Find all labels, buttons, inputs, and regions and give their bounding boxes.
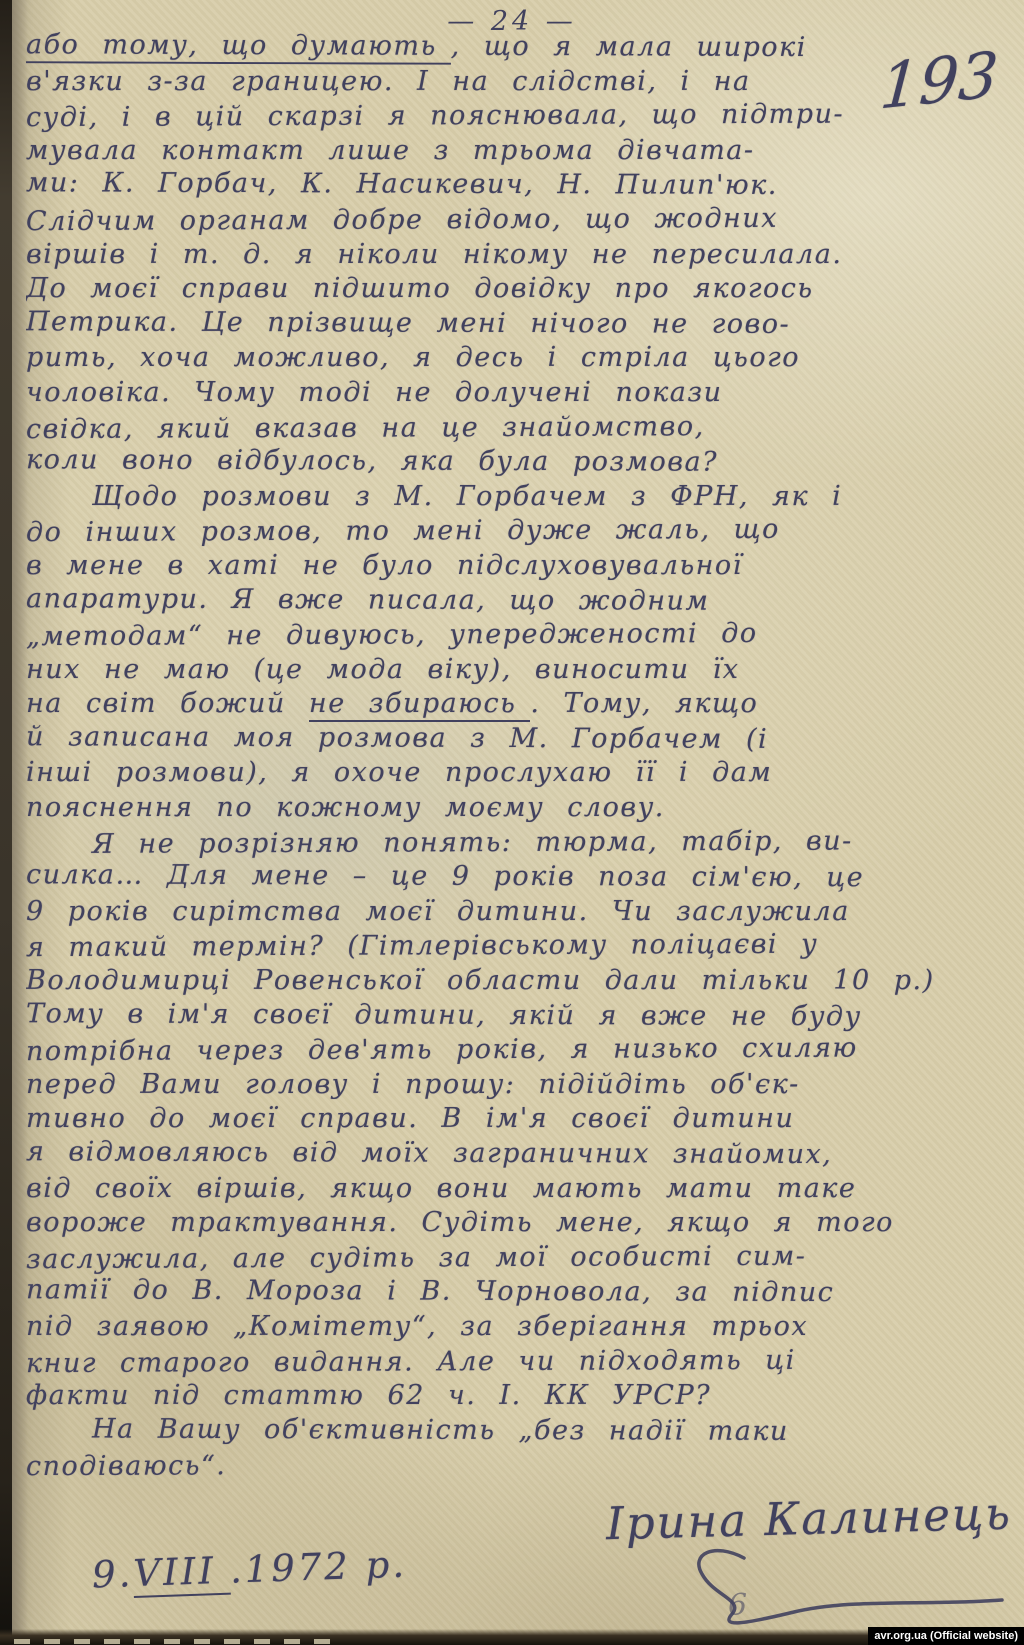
text-segment: На Вашу об'єктивність „без надії таки (92, 1413, 789, 1446)
manuscript-line: книг старого видання. Але чи підходять ц… (26, 1342, 1004, 1381)
text-segment: , що я мала широкі (451, 31, 807, 63)
manuscript-body: або тому, що думають, що я мала широків'… (26, 30, 1004, 1483)
text-segment: патії до В. Мороза і В. Чорновола, за пі… (26, 1275, 834, 1309)
manuscript-line: Тому в ім'я своєї дитини, якій я вже не … (26, 997, 1004, 1035)
text-segment: . Тому, якщо (530, 688, 758, 719)
text-segment: інші розмови), я охоче прослухаю її і да… (26, 757, 772, 788)
text-segment: вороже трактування. Судіть мене, якщо я … (26, 1207, 894, 1238)
stray-pencil-mark: 6 (728, 1588, 747, 1623)
manuscript-line: під заявою „Комітету“, за зберігання трь… (26, 1310, 1004, 1345)
text-segment: до інших розмов, то мені дуже жаль, що (26, 514, 780, 548)
text-segment: пояснення по кожному моєму слову. (26, 792, 665, 823)
manuscript-line: від своїх віршів, якщо вони мають мати т… (26, 1172, 1004, 1207)
manuscript-line: перед Вами голову і прошу: підійдіть об'… (26, 1068, 1004, 1103)
manuscript-line: вороже трактування. Судіть мене, якщо я … (26, 1206, 1004, 1241)
manuscript-line: Щодо розмови з М. Горбачем з ФРН, як і (26, 480, 1004, 515)
watermark-label: avr.org.ua (Official website) (868, 1627, 1024, 1645)
manuscript-line: в мене в хаті не було підслуховувальної (26, 549, 1004, 584)
next-page-edge-marks (14, 1639, 334, 1644)
text-segment: чоловіка. Чому тоді не долучені покази (26, 377, 723, 408)
text-segment: я такий термін? (Гітлерівському поліцаєв… (26, 929, 818, 963)
manuscript-line: факти під статтю 62 ч. І. КК УРСР? (26, 1379, 1004, 1414)
text-segment: на світ божий (26, 688, 309, 719)
text-segment: в мене в хаті не було підслуховувальної (26, 550, 743, 581)
manuscript-line: 9 років сирітства моєї дитини. Чи заслуж… (26, 895, 1004, 930)
manuscript-line: Володимирці Ровенської области дали тіль… (26, 964, 1004, 999)
text-segment: Щодо розмови з М. Горбачем з ФРН, як і (92, 481, 842, 512)
scanned-document-page: — 24 — 193 або тому, що думають, що я ма… (0, 0, 1024, 1645)
text-segment: Тому в ім'я своєї дитини, якій я вже не … (26, 998, 862, 1032)
text-segment: До моєї справи підшито довідку про якого… (26, 273, 814, 304)
manuscript-line: Я не розрізняю понять: тюрма, табір, ви- (26, 824, 1004, 863)
text-segment: перед Вами голову і прошу: підійдіть об'… (26, 1069, 800, 1100)
manuscript-line: Петрика. Це прізвище мені нічого не гово… (26, 305, 1004, 343)
text-segment: 9 років сирітства моєї дитини. Чи заслуж… (26, 896, 850, 927)
manuscript-line: потрібна через дев'ять років, я низько с… (26, 1031, 1004, 1070)
manuscript-line: чоловіка. Чому тоді не долучені покази (26, 376, 1004, 411)
underlined-text: VIII (133, 1549, 231, 1598)
manuscript-line: На Вашу об'єктивність „без надії таки (26, 1412, 1004, 1450)
text-segment: від своїх віршів, якщо вони мають мати т… (26, 1173, 856, 1204)
manuscript-line: „методам“ не дивуюсь, упередженості до (26, 616, 1004, 655)
manuscript-line: або тому, що думають, що я мала широкі (26, 28, 1004, 66)
manuscript-line: мувала контакт лише з трьома дівчата- (26, 134, 1004, 169)
text-segment: свідка, який вказав на це знайомство, (26, 411, 705, 445)
text-segment: суді, і в цій скарзі я пояснювала, що пі… (26, 99, 844, 134)
underlined-text: або тому, що думають (26, 29, 451, 64)
text-segment: книг старого видання. Але чи підходять ц… (26, 1344, 796, 1378)
manuscript-line: сподіваюсь“. (26, 1446, 1004, 1485)
text-segment: „методам“ не дивуюсь, упередженості до (26, 618, 758, 652)
manuscript-line: я такий термін? (Гітлерівському поліцаєв… (26, 927, 1004, 966)
manuscript-line: суді, і в цій скарзі я пояснювала, що пі… (26, 97, 1004, 136)
text-segment: факти під статтю 62 ч. І. КК УРСР? (26, 1380, 711, 1411)
text-segment: сподіваюсь“. (26, 1451, 226, 1483)
manuscript-line: силка… Для мене – це 9 років поза сім'єю… (26, 859, 1004, 897)
text-segment: Петрика. Це прізвище мені нічого не гово… (26, 306, 790, 340)
manuscript-line: ми: К. Горбач, К. Насикевич, Н. Пилип'юк… (26, 167, 1004, 205)
manuscript-line: заслужила, але судіть за мої особисті си… (26, 1239, 1004, 1278)
manuscript-line: коли воно відбулось, яка була розмова? (26, 443, 1004, 481)
text-segment: Я не розрізняю понять: тюрма, табір, ви- (92, 825, 853, 859)
signature-flourish (594, 1540, 1014, 1630)
text-segment: тивно до моєї справи. В ім'я своєї дитин… (26, 1103, 794, 1134)
manuscript-line: свідка, який вказав на це знайомство, (26, 408, 1004, 447)
book-gutter-edge (0, 0, 12, 1645)
text-segment: я відмовляюсь від моїх заграничних знайо… (26, 1136, 832, 1170)
manuscript-line: них не маю (це мода віку), виносити їх (26, 653, 1004, 688)
underlined-text: не збираюсь (309, 688, 530, 722)
text-segment: Володимирці Ровенської области дали тіль… (26, 965, 935, 996)
text-segment: й записана моя розмова з М. Горбачем (і (26, 721, 768, 755)
text-segment: Слідчим органам добре відомо, що жодних (26, 203, 778, 237)
manuscript-line: До моєї справи підшито довідку про якого… (26, 272, 1004, 307)
manuscript-line: Слідчим органам добре відомо, що жодних (26, 201, 1004, 240)
manuscript-line: до інших розмов, то мені дуже жаль, що (26, 512, 1004, 551)
text-segment: коли воно відбулось, яка була розмова? (26, 444, 718, 477)
text-segment: мувала контакт лише з трьома дівчата- (26, 135, 755, 166)
manuscript-line: в'язки з-за границею. І на слідстві, і н… (26, 65, 1004, 100)
text-segment: апаратури. Я вже писала, що жодним (26, 583, 709, 616)
manuscript-line: віршів і т. д. я ніколи нікому не переси… (26, 238, 1004, 273)
manuscript-line: пояснення по кожному моєму слову. (26, 791, 1004, 826)
text-segment: них не маю (це мода віку), виносити їх (26, 654, 739, 685)
text-segment: в'язки з-за границею. І на слідстві, і н… (26, 66, 751, 97)
manuscript-line: й записана моя розмова з М. Горбачем (і (26, 720, 1004, 758)
text-segment: 9. (91, 1552, 134, 1596)
text-segment: .1972 р. (229, 1543, 408, 1592)
text-segment: потрібна через дев'ять років, я низько с… (26, 1033, 858, 1068)
manuscript-line: патії до В. Мороза і В. Чорновола, за пі… (26, 1274, 1004, 1312)
manuscript-line: на світ божий не збираюсь. Тому, якщо (26, 687, 1004, 722)
manuscript-line: інші розмови), я охоче прослухаю її і да… (26, 756, 1004, 791)
text-segment: віршів і т. д. я ніколи нікому не переси… (26, 239, 842, 270)
text-segment: заслужила, але судіть за мої особисті си… (26, 1241, 806, 1275)
manuscript-line: я відмовляюсь від моїх заграничних знайо… (26, 1135, 1004, 1173)
manuscript-line: апаратури. Я вже писала, що жодним (26, 582, 1004, 620)
text-segment: ми: К. Горбач, К. Насикевич, Н. Пилип'юк… (26, 168, 778, 202)
text-segment: рить, хоча можливо, я десь і стріла цьог… (26, 342, 800, 373)
text-segment: силка… Для мене – це 9 років поза сім'єю… (26, 860, 864, 894)
text-segment: під заявою „Комітету“, за зберігання трь… (26, 1311, 808, 1342)
manuscript-line: рить, хоча можливо, я десь і стріла цьог… (26, 341, 1004, 376)
manuscript-line: тивно до моєї справи. В ім'я своєї дитин… (26, 1102, 1004, 1137)
